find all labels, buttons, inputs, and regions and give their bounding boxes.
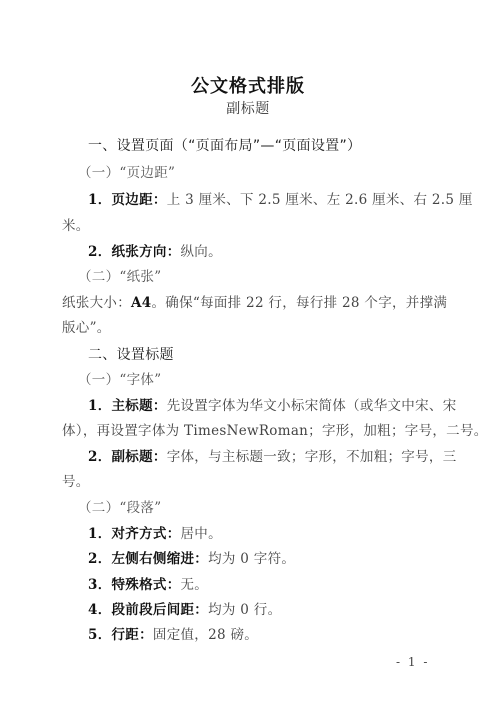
text-orientation: 纵向。 — [181, 244, 222, 260]
label-indent: 2．左侧右侧缩进： — [88, 551, 208, 567]
paragraph-main-title-cont: 体），再设置字体为 TimesNewRoman；字形，加粗；字号，二号。 — [62, 422, 488, 440]
label-line-spacing: 5．行距： — [88, 627, 153, 643]
paragraph-line-spacing: 5．行距：固定值，28 磅。 — [88, 626, 258, 644]
text-margins: 上 3 厘米、下 2.5 厘米、左 2.6 厘米、右 2.5 厘 — [167, 192, 473, 208]
text-main-title: 先设置字体为华文小标宋简体（或华文中宋、宋 — [167, 398, 457, 414]
label-spacing: 4．段前段后间距： — [88, 602, 208, 618]
section-heading-page-setup: 一、设置页面（“页面布局”—“页面设置”） — [88, 137, 361, 155]
paragraph-indent: 2．左侧右侧缩进：均为 0 字符。 — [88, 550, 295, 568]
paragraph-subtitle: 2．副标题：字体，与主标题一致；字形，不加粗；字号，三 — [88, 448, 457, 466]
paragraph-paper-cont: 版心”。 — [62, 319, 111, 337]
subheading-margins: （一）“页边距” — [78, 164, 175, 182]
paragraph-margins: 1．页边距：上 3 厘米、下 2.5 厘米、左 2.6 厘米、右 2.5 厘 — [88, 191, 473, 209]
text-paper-size: A4 — [131, 295, 151, 311]
text-subtitle: 字体，与主标题一致；字形，不加粗；字号，三 — [167, 449, 457, 465]
section-heading-title-setup: 二、设置标题 — [88, 346, 174, 364]
paragraph-orientation: 2．纸张方向：纵向。 — [88, 243, 222, 261]
paragraph-spacing: 4．段前段后间距：均为 0 行。 — [88, 601, 281, 619]
text-spacing: 均为 0 行。 — [208, 602, 281, 618]
text-line-spacing: 固定值，28 磅。 — [153, 627, 258, 643]
subheading-font: （一）“字体” — [78, 371, 161, 389]
text-indent: 均为 0 字符。 — [208, 551, 295, 567]
paragraph-paper: 纸张大小：A4。确保“每面排 22 行，每行排 28 个字，并撑满 — [62, 294, 447, 312]
paragraph-alignment: 1．对齐方式：居中。 — [88, 525, 222, 543]
label-main-title: 1．主标题： — [88, 398, 167, 414]
label-orientation: 2．纸张方向： — [88, 244, 181, 260]
text-paper-rest: 。确保“每面排 22 行，每行排 28 个字，并撑满 — [151, 295, 447, 311]
subheading-paragraph: （二）“段落” — [78, 499, 161, 517]
label-special-format: 3．特殊格式： — [88, 577, 181, 593]
paragraph-main-title: 1．主标题：先设置字体为华文小标宋简体（或华文中宋、宋 — [88, 397, 457, 415]
label-margins: 1．页边距： — [88, 192, 167, 208]
text-alignment: 居中。 — [181, 526, 222, 542]
subheading-paper: （二）“纸张” — [78, 268, 161, 286]
label-alignment: 1．对齐方式： — [88, 526, 181, 542]
page-number: - 1 - — [396, 655, 429, 669]
document-title: 公文格式排版 — [0, 72, 496, 98]
paragraph-margins-cont: 米。 — [62, 217, 90, 235]
text-special-format: 无。 — [181, 577, 209, 593]
label-subtitle: 2．副标题： — [88, 449, 167, 465]
document-subtitle: 副标题 — [0, 98, 496, 118]
paragraph-subtitle-cont: 号。 — [62, 473, 90, 491]
document-page: 公文格式排版 副标题 一、设置页面（“页面布局”—“页面设置”） （一）“页边距… — [0, 0, 496, 702]
text-paper-prefix: 纸张大小： — [62, 295, 131, 311]
paragraph-special-format: 3．特殊格式：无。 — [88, 576, 208, 594]
